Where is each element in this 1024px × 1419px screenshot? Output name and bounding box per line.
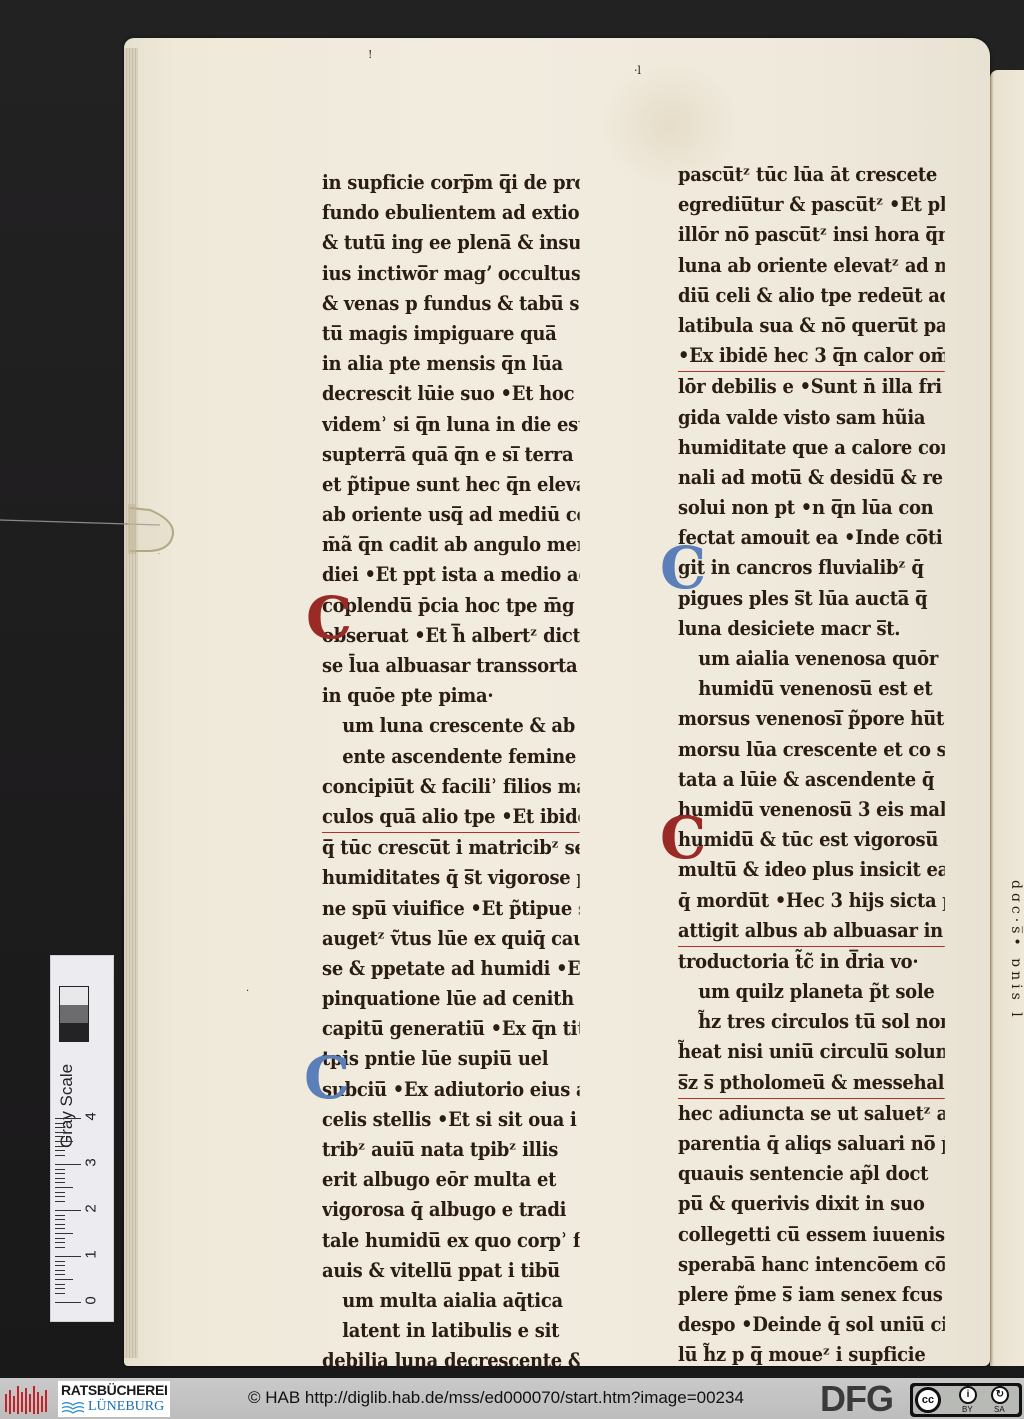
attribution-person-icon: i [959, 1386, 977, 1404]
text-line: ius inctiwo̅r magʼ occultus [322, 259, 580, 289]
ruler-tick [55, 1146, 65, 1147]
text-line: augetᶻ ṽtus lūe ex quiq̄ cau [322, 924, 580, 954]
top-mark-left: ! [368, 48, 372, 61]
text-line: latibula sua & no̅ queru̅t pastu̅ [678, 311, 945, 341]
text-line: celis stellis •Et si sit oua i ven [322, 1105, 580, 1135]
text-line: q̅ tūc crescu̅t i matricibᶻ sevare [322, 833, 580, 863]
text-line: se & ppetate ad humidi •Ex ap [322, 954, 580, 984]
ruler-tick [55, 1215, 65, 1216]
ruler-tick [55, 1136, 65, 1137]
text-line: multu̅ & ideo plus insicit ea [678, 855, 945, 885]
text-line: erit albugo eōr multa et [322, 1165, 580, 1195]
next-page-text-fragment: dqc·s̅• pnis l [1012, 880, 1024, 1100]
text-line: debilia luna decrescente & no̅ [322, 1346, 580, 1376]
text-line: se l̄ua albuasar transsorta [322, 651, 580, 681]
text-line: cōplendu̅ p̄cia hoc tpe m̅g [322, 591, 580, 621]
page-edges [124, 48, 138, 1358]
ruler-tick [55, 1118, 81, 1119]
text-line: quauis sentencie ap̃l doct [678, 1159, 945, 1189]
text-line: lōr debilis e •Sunt n̄ illa fri [678, 372, 945, 402]
ruler-tick [55, 1256, 81, 1257]
text-line: troductoria t̃c̃ in d̅ria vo· [678, 947, 945, 977]
text-line: attigit albus ab albuasar in [678, 916, 945, 947]
text-line: lu̅ h̃z p q̅ moueᶻ i supficie [678, 1340, 945, 1370]
ruler-number: 2 [83, 1204, 100, 1212]
dfg-logo[interactable]: DFG [820, 1382, 893, 1416]
text-line: tu̅ magis impiguare qua̅ [322, 319, 580, 349]
text-line: egrediu̅tur & pascu̅tᶻ •Et pla̅ [678, 190, 945, 220]
ratsbuecherei-logo[interactable]: RATSBÜCHEREI LÜNEBURG [58, 1381, 170, 1417]
ruler-tick [55, 1228, 65, 1229]
text-line: & venas p fundus & tabu̅ sup [322, 289, 580, 319]
ruler-tick [55, 1169, 65, 1170]
text-line: tpis pntie lūe supiu̅ uel [322, 1044, 580, 1074]
ruler-tick [55, 1233, 73, 1234]
text-line: gida valde visto sam hũia [678, 403, 945, 433]
text-line: um quilz planeta p̃t sole [678, 977, 945, 1007]
initial-letter-blue: C [304, 1048, 350, 1108]
text-line: despo •Deinde q̄ sol uniu̅ circu [678, 1310, 945, 1340]
ruler-tick [55, 1178, 65, 1179]
text-line: ente ascendente femine faciliʾ [322, 742, 580, 772]
text-line: speraba̅ hanc intenco̅em co̅ [678, 1250, 945, 1280]
next-page-edge [990, 70, 1024, 1366]
initial-letter-red: C [660, 808, 706, 868]
text-line: ab oriente usq̅ ad mediū celi et [322, 500, 580, 530]
sa-label: SA [994, 1405, 1005, 1414]
ruler-tick [55, 1173, 65, 1174]
gray-swatch-light [60, 987, 88, 1005]
text-line: diu̅ celi & alio tpe redeu̅t ad [678, 281, 945, 311]
ruler-tick [55, 1155, 65, 1156]
text-line: in alia pte mensis q̅n lūa [322, 349, 580, 379]
text-line: culos qua̅ alio tpe •Et ibidē [322, 802, 580, 833]
text-line: obseruat •Et h̅ albertᶻ dicta [322, 621, 580, 651]
ruler-tick [55, 1224, 65, 1225]
text-line: luna ab oriente elevatᶻ ad me [678, 251, 945, 281]
text-line: pigues ples s̅t lūa aucta̅ q̅ [678, 584, 945, 614]
right-text-column: pascu̅tᶻ tūc lūa āt crescete egrediu̅… [678, 160, 968, 1371]
text-line: videmʾ si q̅n luna in die est [322, 410, 580, 440]
ruler-tick [55, 1219, 65, 1220]
text-line: um multa aialia aq̄tica [322, 1286, 580, 1316]
text-line: q̄ mordu̅t •Hec 3 hijs sicta p̃ta [678, 886, 945, 916]
text-line: concipiu̅t & faciliʾ filios mas [322, 772, 580, 802]
initial-letter-blue: C [660, 538, 706, 598]
text-line: um aialia venenosa quōr [678, 644, 945, 674]
ruler-tick [55, 1210, 81, 1211]
text-line: tribᶻ auiu̅ nata tpibᶻ illis [322, 1135, 580, 1165]
text-line: s̅z s̅ ptholomeu̅ & messehalla [678, 1068, 945, 1099]
text-line: humiditates q̄ s̅t vigorose ple [322, 863, 580, 893]
cc-icon: cc [915, 1387, 941, 1413]
text-line: collegetti cu̅ essem iuuenis [678, 1220, 945, 1250]
ruler-tick [55, 1127, 65, 1128]
text-line: h̃z tres circulos tu̅ sol non [678, 1007, 945, 1037]
ruler-number: 3 [83, 1158, 100, 1166]
ruler-tick [55, 1293, 65, 1294]
text-line: parentia q̄ aliqs saluari no̅ p̃nt [678, 1129, 945, 1159]
left-text-column: in supficie corp̅m q̅i de pro fundo ebul… [322, 168, 602, 1377]
ruler-tick [55, 1164, 81, 1165]
margin-dot: · [246, 986, 249, 997]
ruler-tick [55, 1242, 65, 1243]
text-line: tata a lūie & ascendente q̄ [678, 765, 945, 795]
gray-scale-label: Gray Scale [57, 1048, 77, 1148]
page-clip [0, 498, 178, 554]
ruler-number: 4 [83, 1112, 100, 1120]
ruler-tick [55, 1187, 73, 1188]
ruler-tick [55, 1132, 65, 1133]
ruler-tick [55, 1182, 65, 1183]
gray-scale-card: Gray Scale 0 1 2 3 4 [50, 955, 114, 1322]
text-line: diei •Et ppt ista a medio ad [322, 560, 580, 590]
text-line: git in cancros fluvialibᶻ q̄ [678, 553, 945, 583]
text-line: auis & vitellu̅ ppat i tibu̅ [322, 1256, 580, 1286]
ruler-tick [55, 1302, 81, 1303]
text-line: humiditate que a calore cor [678, 433, 945, 463]
ruler-tick [55, 1201, 65, 1202]
text-line: h̃eat nisi uniu̅ circulu̅ solum [678, 1037, 945, 1067]
text-line: m̄ã q̅n cadit ab angulo meri [322, 530, 580, 560]
ruler-tick [55, 1247, 65, 1248]
ruler-tick [55, 1265, 65, 1266]
ruler-tick [55, 1192, 65, 1193]
library-name: RATSBÜCHEREI [61, 1382, 168, 1398]
text-line: hec adiuncta se ut saluetᶻ ap [678, 1099, 945, 1129]
ruler-tick [55, 1196, 65, 1197]
ruler-number: 0 [83, 1296, 100, 1304]
text-line: •Ex ibidē hec 3 q̅n calor om̄i il [678, 341, 945, 372]
text-line: morsu lūa crescente et co sor [678, 735, 945, 765]
text-line: capitu̅ generatiu̅ •Ex q̅n tite [322, 1014, 580, 1044]
ruler-tick [55, 1270, 65, 1271]
text-line: et p̃tipue sunt hec q̅n elevatᶻ [322, 470, 580, 500]
text-line: tale humidu̅ ex quo corpʾ fit [322, 1226, 580, 1256]
open-book-icon [61, 1400, 85, 1416]
gray-swatch-box [59, 986, 89, 1042]
text-line: ne spu̅ viuifice •Et p̃tipue si [322, 894, 580, 924]
ruler-tick [55, 1274, 65, 1275]
text-line: vigorosa q̄ albugo e tradi [322, 1195, 580, 1225]
ruler-tick [55, 1261, 65, 1262]
text-line: humidu̅ & tūc est vigorosu̅ et [678, 825, 945, 855]
text-line: fundo ebulientem ad extiora [322, 198, 580, 228]
share-alike-icon: ↻ [991, 1386, 1009, 1404]
initial-letter-red: C [306, 588, 352, 648]
copyright-link[interactable]: © HAB http://diglib.hab.de/mss/ed000070/… [248, 1388, 744, 1408]
library-city: LÜNEBURG [88, 1399, 164, 1415]
cc-license-badge[interactable]: cc i ↻ BY SA [910, 1383, 1022, 1417]
ruler-tick [55, 1123, 65, 1124]
text-line: & tutu̅ ing ee plena̅ & insu [322, 228, 580, 258]
text-line: illōr no̅ pascu̅tᶻ insi hora q̅n [678, 220, 945, 250]
credit-footer: RATSBÜCHEREI LÜNEBURG © HAB http://digli… [0, 1378, 1024, 1419]
text-line: pascu̅tᶻ tūc lūa āt crescete [678, 160, 945, 190]
text-line: humidu̅ venenosu̅ est et [678, 674, 945, 704]
text-line: nali ad motu̅ & desidu̅ & re [678, 463, 945, 493]
text-line: humidu̅ venenosu̅ 3 eis male [678, 795, 945, 825]
gray-swatch-mid [60, 1005, 88, 1023]
ruler-tick [55, 1284, 65, 1285]
top-mark-folio: ·l [634, 64, 641, 77]
text-line: luna desiciete macr s̅t. [678, 614, 945, 644]
text-line: um luna crescente & ab ori [322, 711, 580, 741]
text-line: pinquatione lūe ad cenith [322, 984, 580, 1014]
text-line: supterra̅ qua̅ q̅n e si̅ terra [322, 440, 580, 470]
text-line: latent in latibulis e sit [322, 1316, 580, 1346]
by-label: BY [962, 1405, 973, 1414]
text-line: pu̅ & querivis dixit in suo [678, 1189, 945, 1219]
gray-swatch-dark [60, 1023, 88, 1041]
library-bars-logo-icon [4, 1384, 48, 1416]
text-line: plere p̃me s̅ iam senex fcus [678, 1280, 945, 1310]
text-line: decrescit lūie suo •Et hoc m̅g [322, 379, 580, 409]
ruler-tick [55, 1288, 65, 1289]
ruler-tick [55, 1150, 65, 1151]
text-line: in quōe pte pima· [322, 681, 580, 711]
text-line: in supficie corp̅m q̅i de pro [322, 168, 580, 198]
text-line: morsus venenosi̅ p̃pore hu̅t [678, 704, 945, 734]
text-line: solui non pt •n q̅n lūa con [678, 493, 945, 523]
ruler-tick [55, 1279, 73, 1280]
text-line: fectat amouit ea •Inde co̅ti [678, 523, 945, 553]
ruler-tick [55, 1141, 73, 1142]
text-line: subciu̅ •Ex adiutorio eius a [322, 1075, 580, 1105]
ruler-number: 1 [83, 1250, 100, 1258]
ruler-tick [55, 1238, 65, 1239]
